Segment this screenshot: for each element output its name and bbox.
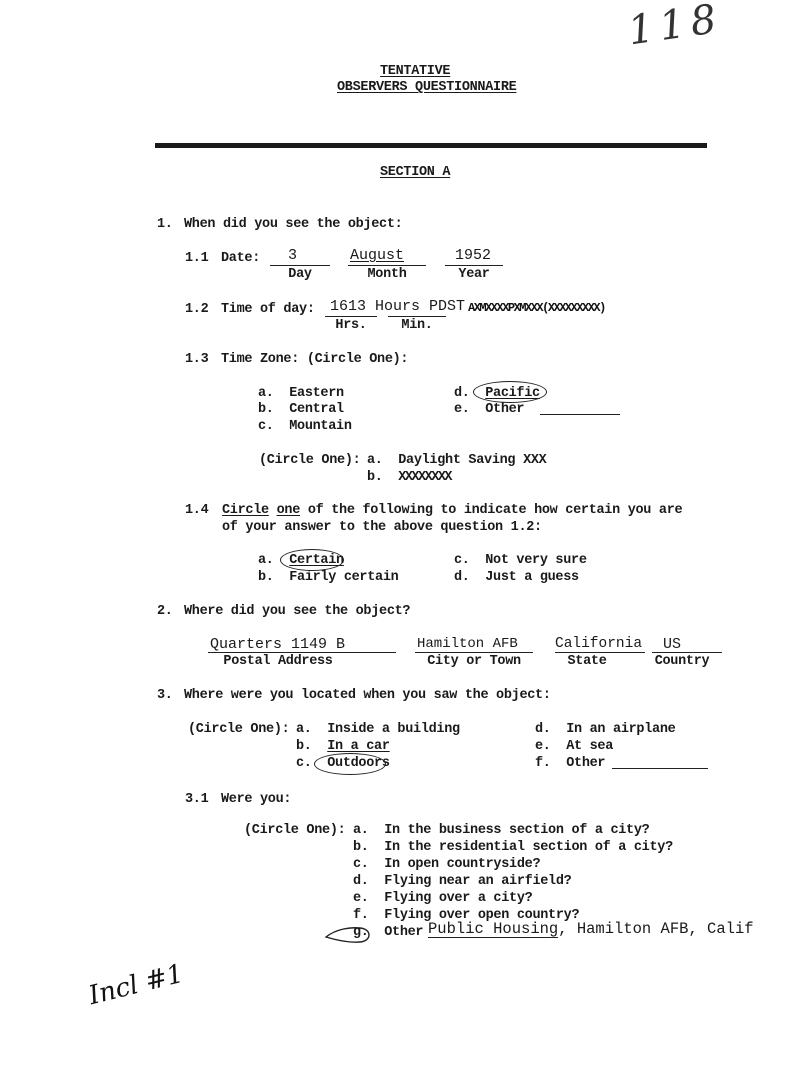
situation-option-a[interactable]: a. In the business section of a city? [353,823,649,838]
situation-option-b[interactable]: b. In the residential section of a city? [353,840,673,855]
option-letter: b. [353,840,369,855]
option-text: Inside a building [327,722,460,737]
q2-number: 2. [157,604,173,619]
situation-other-underline [428,937,558,938]
option-text: Just a guess [485,570,579,585]
q3-number: 3. [157,688,173,703]
struck-option-text: XXXXXXXX [398,470,451,485]
option-text: Other [485,402,524,417]
option-text: Daylight Saving [398,453,515,468]
handwritten-note: Incl #1 [86,959,187,1011]
tz-option-a[interactable]: a. Eastern [258,386,344,401]
option-text: In the residential section of a city? [384,840,673,855]
tz-option-e[interactable]: e. Other [454,402,524,417]
circled-mark-pacific [473,381,547,403]
location-option-e[interactable]: e. At sea [535,739,613,754]
country-field[interactable]: US [663,636,681,653]
date-day-line [270,265,330,266]
circled-mark-certain [280,549,344,571]
location-other-line [612,768,708,769]
situation-other-answer[interactable]: Public Housing, Hamilton AFB, Calif [428,920,754,938]
time-hours-field[interactable]: 1613 [330,298,366,315]
date-year-label: Year [445,267,503,282]
q1-4-text-line2: of your answer to the above question 1.2… [222,520,542,535]
q3-text: Where were you located when you saw the … [184,688,551,703]
time-hrs-label: Hrs. [325,318,377,333]
q3-1-number: 3.1 [185,792,208,807]
q1-number: 1. [157,217,173,232]
option-letter: e. [353,891,369,906]
doc-title-tentative: TENTATIVE [380,64,450,79]
q1-4-number: 1.4 [185,503,208,518]
date-year-field[interactable]: 1952 [455,247,491,264]
dst-option-b[interactable]: b. XXXXXXXX [367,470,451,485]
option-letter: c. [258,419,274,434]
country-label: Country [652,654,712,669]
option-text: In an airplane [566,722,675,737]
option-letter: a. [258,553,274,568]
option-text: Fairly certain [289,570,398,585]
country-line [652,652,722,653]
option-text: Eastern [289,386,344,401]
q3-1-circle-label: (Circle One): [244,823,345,838]
text-circle: Circle [222,503,269,518]
situation-option-e[interactable]: e. Flying over a city? [353,891,532,906]
q1-2-number: 1.2 [185,302,208,317]
section-title: SECTION A [380,165,450,180]
date-day-field[interactable]: 3 [288,247,297,264]
location-option-f[interactable]: f. Other [535,756,605,771]
time-hours-line [325,316,377,317]
date-year-line [445,265,503,266]
date-day-label: Day [270,267,330,282]
q3-1-text: Were you: [221,792,291,807]
option-letter: f. [535,756,551,771]
certainty-option-d[interactable]: d. Just a guess [454,570,579,585]
tz-option-b[interactable]: b. Central [258,402,344,417]
option-letter: b. [296,739,312,754]
header-divider [155,143,707,148]
dst-circle-label: (Circle One): [259,453,360,468]
situation-option-d[interactable]: d. Flying near an airfield? [353,874,571,889]
option-text: Flying near an airfield? [384,874,571,889]
option-letter: a. [258,386,274,401]
option-letter: c. [454,553,470,568]
option-text: Central [289,402,344,417]
q1-text: When did you see the object: [184,217,402,232]
state-label: State [555,654,619,669]
time-minutes-field[interactable]: Hours PDST [375,298,465,315]
city-label: City or Town [415,654,533,669]
q1-3-label: Time Zone: (Circle One): [221,352,408,367]
location-option-b[interactable]: b. In a car [296,739,390,754]
option-letter: a. [367,453,383,468]
check-mark: XXX [523,453,546,468]
city-line [415,652,533,653]
text-one: one [277,503,300,518]
q1-1-number: 1.1 [185,251,208,266]
city-field[interactable]: Hamilton AFB [417,636,518,652]
q1-4-text: Circle one of the following to indicate … [222,503,682,518]
date-month-label: Month [348,267,426,282]
time-minutes-line [388,316,446,317]
text-rest: of the following to indicate how certain… [308,503,682,518]
postal-address-label: Postal Address [208,654,348,669]
tz-other-line [540,414,620,415]
circled-mark-outdoors [314,753,386,775]
option-text: In the business section of a city? [384,823,649,838]
option-text: Flying over a city? [384,891,532,906]
postal-address-field[interactable]: Quarters 1149 B [210,636,345,653]
option-letter: d. [353,874,369,889]
date-month-line [348,265,426,266]
option-letter: b. [258,570,274,585]
option-letter: a. [353,823,369,838]
option-letter: a. [296,722,312,737]
location-option-d[interactable]: d. In an airplane [535,722,675,737]
q1-3-number: 1.3 [185,352,208,367]
option-letter: b. [258,402,274,417]
dst-option-a[interactable]: a. Daylight Saving XXX [367,453,546,468]
location-option-a[interactable]: a. Inside a building [296,722,460,737]
state-field[interactable]: California [555,636,642,652]
option-letter: e. [535,739,551,754]
tz-option-c[interactable]: c. Mountain [258,419,352,434]
situation-option-c[interactable]: c. In open countryside? [353,857,540,872]
time-min-label: Min. [388,318,446,333]
option-letter: d. [535,722,551,737]
option-letter: d. [454,386,470,401]
state-line [555,652,645,653]
option-letter: c. [296,756,312,771]
q1-1-label: Date: [221,251,260,266]
option-text: In a car [327,739,389,754]
doc-title: OBSERVERS QUESTIONNAIRE [337,80,516,95]
option-text: At sea [566,739,613,754]
option-text: Other [384,925,423,940]
option-text: In open countryside? [384,857,540,872]
q2-text: Where did you see the object? [184,604,410,619]
q3-circle-label: (Circle One): [188,722,289,737]
option-letter: f. [353,908,369,923]
option-text: Mountain [289,419,351,434]
option-letter: b. [367,470,383,485]
certainty-option-b[interactable]: b. Fairly certain [258,570,398,585]
option-text: Other [566,756,605,771]
certainty-option-c[interactable]: c. Not very sure [454,553,587,568]
q1-2-label: Time of day: [221,302,315,317]
circled-mark-other [322,923,378,945]
option-letter: e. [454,402,470,417]
option-letter: d. [454,570,470,585]
option-text: Not very sure [485,553,586,568]
date-month-field[interactable]: August [350,247,404,264]
postal-address-line [208,652,396,653]
page-number: 118 [625,0,725,54]
struck-out-text: AXMXXXXPXMXXX(XXXXXXXXX) [468,301,605,315]
option-letter: c. [353,857,369,872]
